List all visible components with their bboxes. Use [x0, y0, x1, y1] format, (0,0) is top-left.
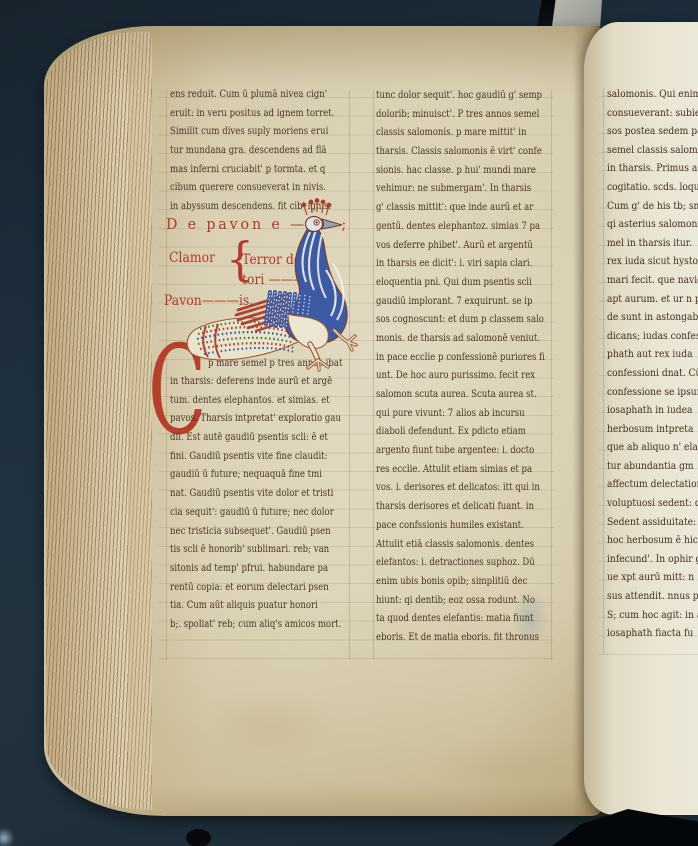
text-line: hiunt: qi dentib; eoz ossa rodunt. No [376, 592, 545, 611]
text-line: in tharsis: deferens inde aurū et argē [170, 373, 341, 392]
text-line: eloquentia pni. Qui dum psentis scli [376, 274, 545, 293]
text-line: cia sequit': gaudiū ū future; nec dolor [170, 504, 341, 523]
text-line: ta quod dentes elefantis: matia fiunt [376, 610, 545, 629]
text-line: nec tristicia subsequet'. Gaudiū psen [170, 523, 341, 542]
column-1-body: in tharsis: deferens inde aurū et argētu… [170, 373, 374, 635]
text-line: mari fecit. que navig [607, 271, 698, 290]
text-line: phath aut rex iuda [607, 345, 698, 364]
column-2: tunc dolor sequit'. hoc gaudiū g' sempdo… [376, 87, 577, 648]
text-line: confessioni dnat. Cū [607, 364, 698, 383]
text-line: infecund'. In ophir g' [607, 550, 698, 569]
text-line: dicans; iudas confess [607, 327, 698, 346]
text-line: monis. de tharsis ad salomonē veniut. [376, 330, 545, 349]
text-line: enim ubis bonis opib; simplitiū dec [376, 573, 545, 592]
text-line: cogitatio. scds. loquun [607, 178, 698, 197]
text-line: pavos. Tharsis intpretat' exploratio gau [170, 410, 341, 429]
text-line: qui pure vivunt: 7 alios ab incursu [376, 405, 545, 424]
text-line: Cum g' de his tb; sm [607, 197, 698, 216]
text-line: vos. i. derisores et delicatos: itt qui … [376, 479, 545, 498]
text-line: tunc dolor sequit'. hoc gaudiū g' semp [376, 87, 545, 106]
text-line: salomon scuta aurea. Scuta aurea st. [376, 386, 545, 405]
text-line: rex iuda sicut hystori [607, 252, 698, 271]
text-line: eruit: in veru positus ad ignem torret. [170, 105, 334, 124]
text-line: iosaphath in iudea [607, 401, 698, 420]
text-line: apt aurum. et ur n p [607, 290, 698, 309]
text-line: vehimur: ne submergam'. In tharsis [376, 180, 545, 199]
text-line: herbosum intpreta [607, 420, 698, 439]
right-page-column: salomonis. Qui enimconsueverant: subiect… [607, 85, 698, 643]
text-line: pace confssionis humiles existant. [376, 517, 545, 536]
text-line: S; cum hoc agit: in a [607, 606, 698, 625]
text-line: sionis. hac classe. p hui' mundi mare [376, 162, 545, 181]
text-line: consueverant: subiecti [607, 104, 698, 123]
text-line: g' classis mittit': que inde aurū et ar [376, 199, 545, 218]
text-line: elefantos: i. detractiones suphoz. Dū [376, 554, 545, 573]
text-line: tharsis. Classis salomonis ē virt' confe [376, 143, 545, 162]
text-line: tis scli ē honorib' sublimari. reb; van [170, 541, 341, 560]
text-line: mel in tharsis itur. [607, 234, 698, 253]
text-line: salomonis. Qui enim [607, 85, 698, 104]
text-line: tum. dentes elephantos. et simias. et [170, 392, 341, 411]
text-line: argento fiunt tube argentee: i. docto [376, 442, 545, 461]
parchment-stain [424, 736, 584, 800]
text-line: in tharsis. Primus a [607, 159, 698, 178]
text-line: sos cognoscunt: et dum p classem salo [376, 311, 545, 330]
text-line: hoc herbosum ē hic [607, 531, 698, 550]
text-line: Similit cum dives suply moriens erui [170, 123, 334, 142]
text-line: voluptuosi sedent: d [607, 494, 698, 513]
text-line: gaudiū implorant. 7 exquirunt. se ip [376, 293, 545, 312]
photo-artifact-blob [186, 829, 211, 846]
text-line: vos deferre phibet'. Aurū et argentū [376, 237, 545, 256]
text-line: sitonis ad temp' pfrui. habundare pa [170, 560, 341, 579]
text-line: b;. spoliat' reb; cum aliq's amicos mort… [170, 616, 341, 635]
text-line: classis salomonis. p mare mittit' in [376, 124, 545, 143]
text-line: gaudiū ū future; nequaquā fine tmi [170, 466, 341, 485]
text-line: tur abundantia gm [607, 457, 698, 476]
text-line: nat. Gaudiū psentis vite dolor et tristi [170, 485, 341, 504]
text-line: que ab aliquo n' ela [607, 438, 698, 457]
manuscript-photograph: ens reduit. Cum ū plumā nivea cign'eruit… [0, 0, 698, 846]
peacock-illustration [176, 198, 361, 373]
text-line: confessione se ipsum [607, 383, 698, 402]
text-line: affectum delectation [607, 475, 698, 494]
text-line: cibum querere consueverat in nivis. [170, 179, 334, 198]
ruling-vertical [603, 88, 604, 654]
text-line: tur mundana gra. descendens ad flā [170, 142, 334, 161]
text-line: dii. Est autē gaudiū psentis scli: ē et [170, 429, 341, 448]
text-line: Sedent assiduitate: [607, 513, 698, 532]
text-line: eboris. Et de matia eboris. fit thronus [376, 629, 545, 648]
text-line: ue xpt aurū mitt: n [607, 568, 698, 587]
text-line: sos postea sedem para [607, 122, 698, 141]
text-line: iosaphath fiacta fu [607, 624, 698, 643]
text-line: dolorib; minuisct'. P tres annos semel [376, 106, 545, 125]
text-line: diaboli defendunt. Ex pdicto etiam [376, 423, 545, 442]
text-line: Attulit etiā classis salomonis. dentes [376, 536, 545, 555]
peacock-crown [302, 199, 331, 215]
text-line: qi asterius salomoni [607, 215, 698, 234]
text-line: semel classis salomon [607, 141, 698, 160]
text-line: sus attendit. nnus p [607, 587, 698, 606]
text-line: unt. De hoc auro purissimo. fecit rex [376, 367, 545, 386]
peacock-head [306, 217, 343, 232]
text-line: tia. Cum aūt aliquis puatur honori [170, 597, 341, 616]
text-line: ens reduit. Cum ū plumā nivea cign' [170, 86, 334, 105]
text-line: mas inferni cruciabit' p tormta. et q [170, 161, 334, 180]
parchment-stain [206, 688, 336, 762]
text-line: res ecclie. Attulit etiam simias et pa [376, 461, 545, 480]
text-line: de sunt in astongab [607, 308, 698, 327]
text-line: in pace ecclie p confessionē puriores fi [376, 349, 545, 368]
text-line: fini. Gaudiū psentis vite fine claudit: [170, 448, 341, 467]
text-line: gentū. dentes elephantoz. simias 7 pa [376, 218, 545, 237]
text-line: in tharsis ee dicit': i. viri sapia clar… [376, 255, 545, 274]
text-line: rentū copia: et eorum delectari psen [170, 579, 341, 598]
text-line: tharsis derisores et delicati fuant. in [376, 498, 545, 517]
